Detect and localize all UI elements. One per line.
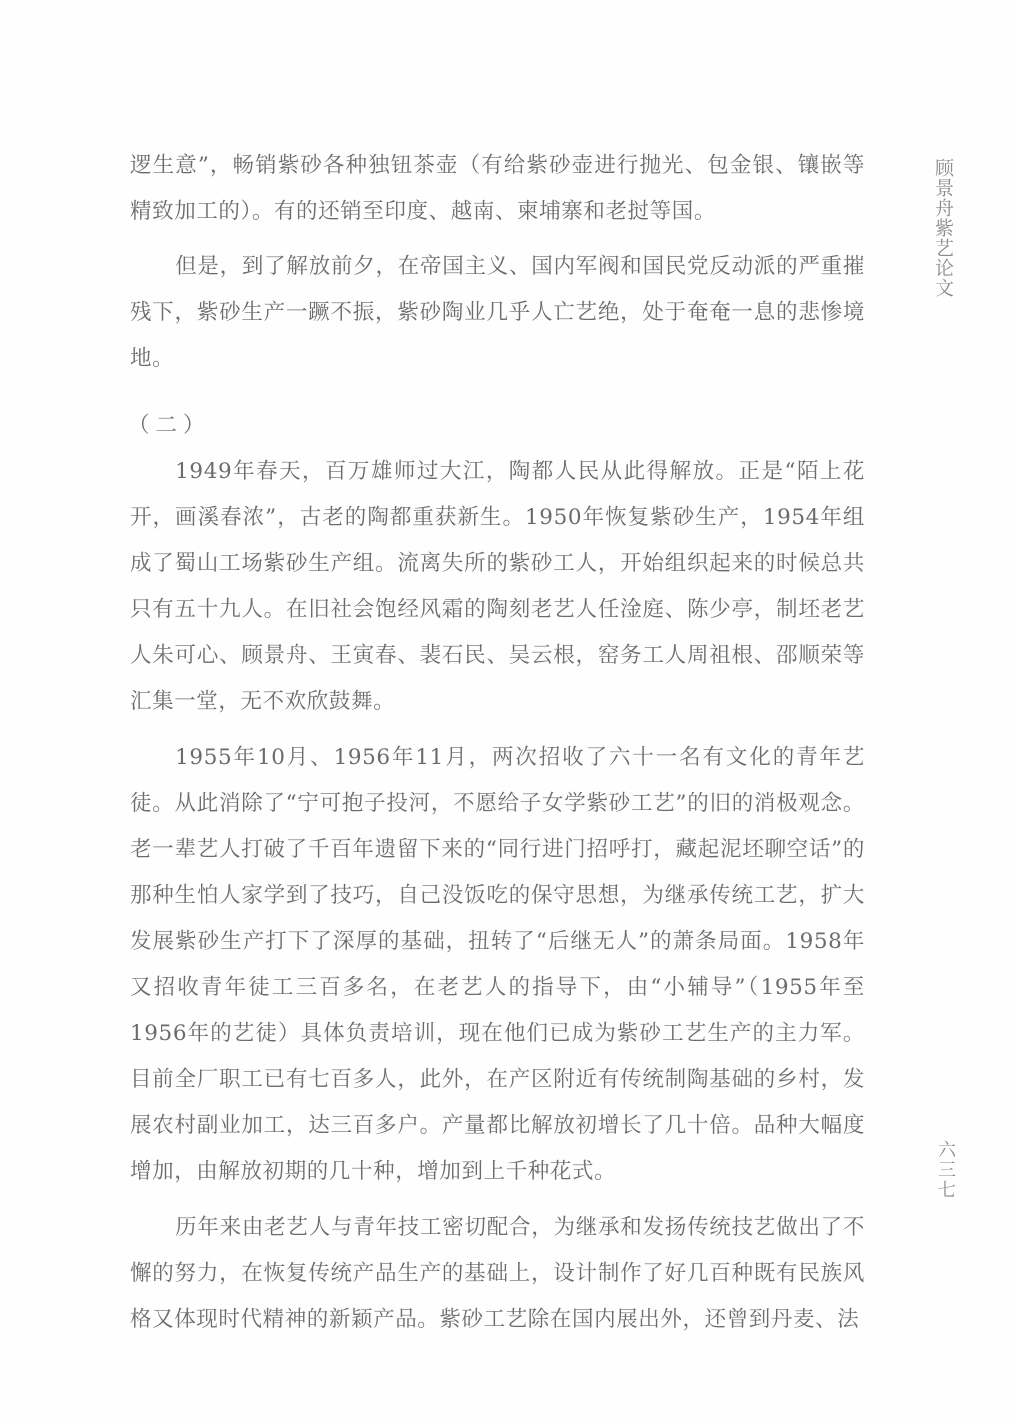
paragraph-innovation: 历年来由老艺人与青年技工密切配合，为继承和发扬传统技艺做出了不懈的努力，在恢复传… (130, 1205, 865, 1343)
paragraph-pre-liberation: 但是，到了解放前夕，在帝国主义、国内军阀和国民党反动派的严重摧残下，紫砂生产一蹶… (130, 244, 865, 382)
page-number: 六三七 (930, 1140, 956, 1200)
running-title: 顾景舟紫艺论文 (928, 158, 954, 298)
paragraph-continuation: 逻生意”，畅销紫砂各种独钮茶壶（有给紫砂壶进行抛光、包金银、镶嵌等精致加工的）。… (130, 143, 865, 235)
book-page: 顾景舟紫艺论文 逻生意”，畅销紫砂各种独钮茶壶（有给紫砂壶进行抛光、包金银、镶嵌… (0, 0, 1016, 1424)
paragraph-1955: 1955年10月、1956年11月，两次招收了六十一名有文化的青年艺徒。从此消除… (130, 735, 865, 1195)
text-block-top: 逻生意”，畅销紫砂各种独钮茶壶（有给紫砂壶进行抛光、包金银、镶嵌等精致加工的）。… (130, 143, 865, 382)
section-heading: （二） (128, 403, 211, 449)
paragraph-1949: 1949年春天，百万雄师过大江，陶都人民从此得解放。正是“陌上花开，画溪春浓”，… (130, 449, 865, 725)
text-block-section-two: 1949年春天，百万雄师过大江，陶都人民从此得解放。正是“陌上花开，画溪春浓”，… (130, 449, 865, 1343)
